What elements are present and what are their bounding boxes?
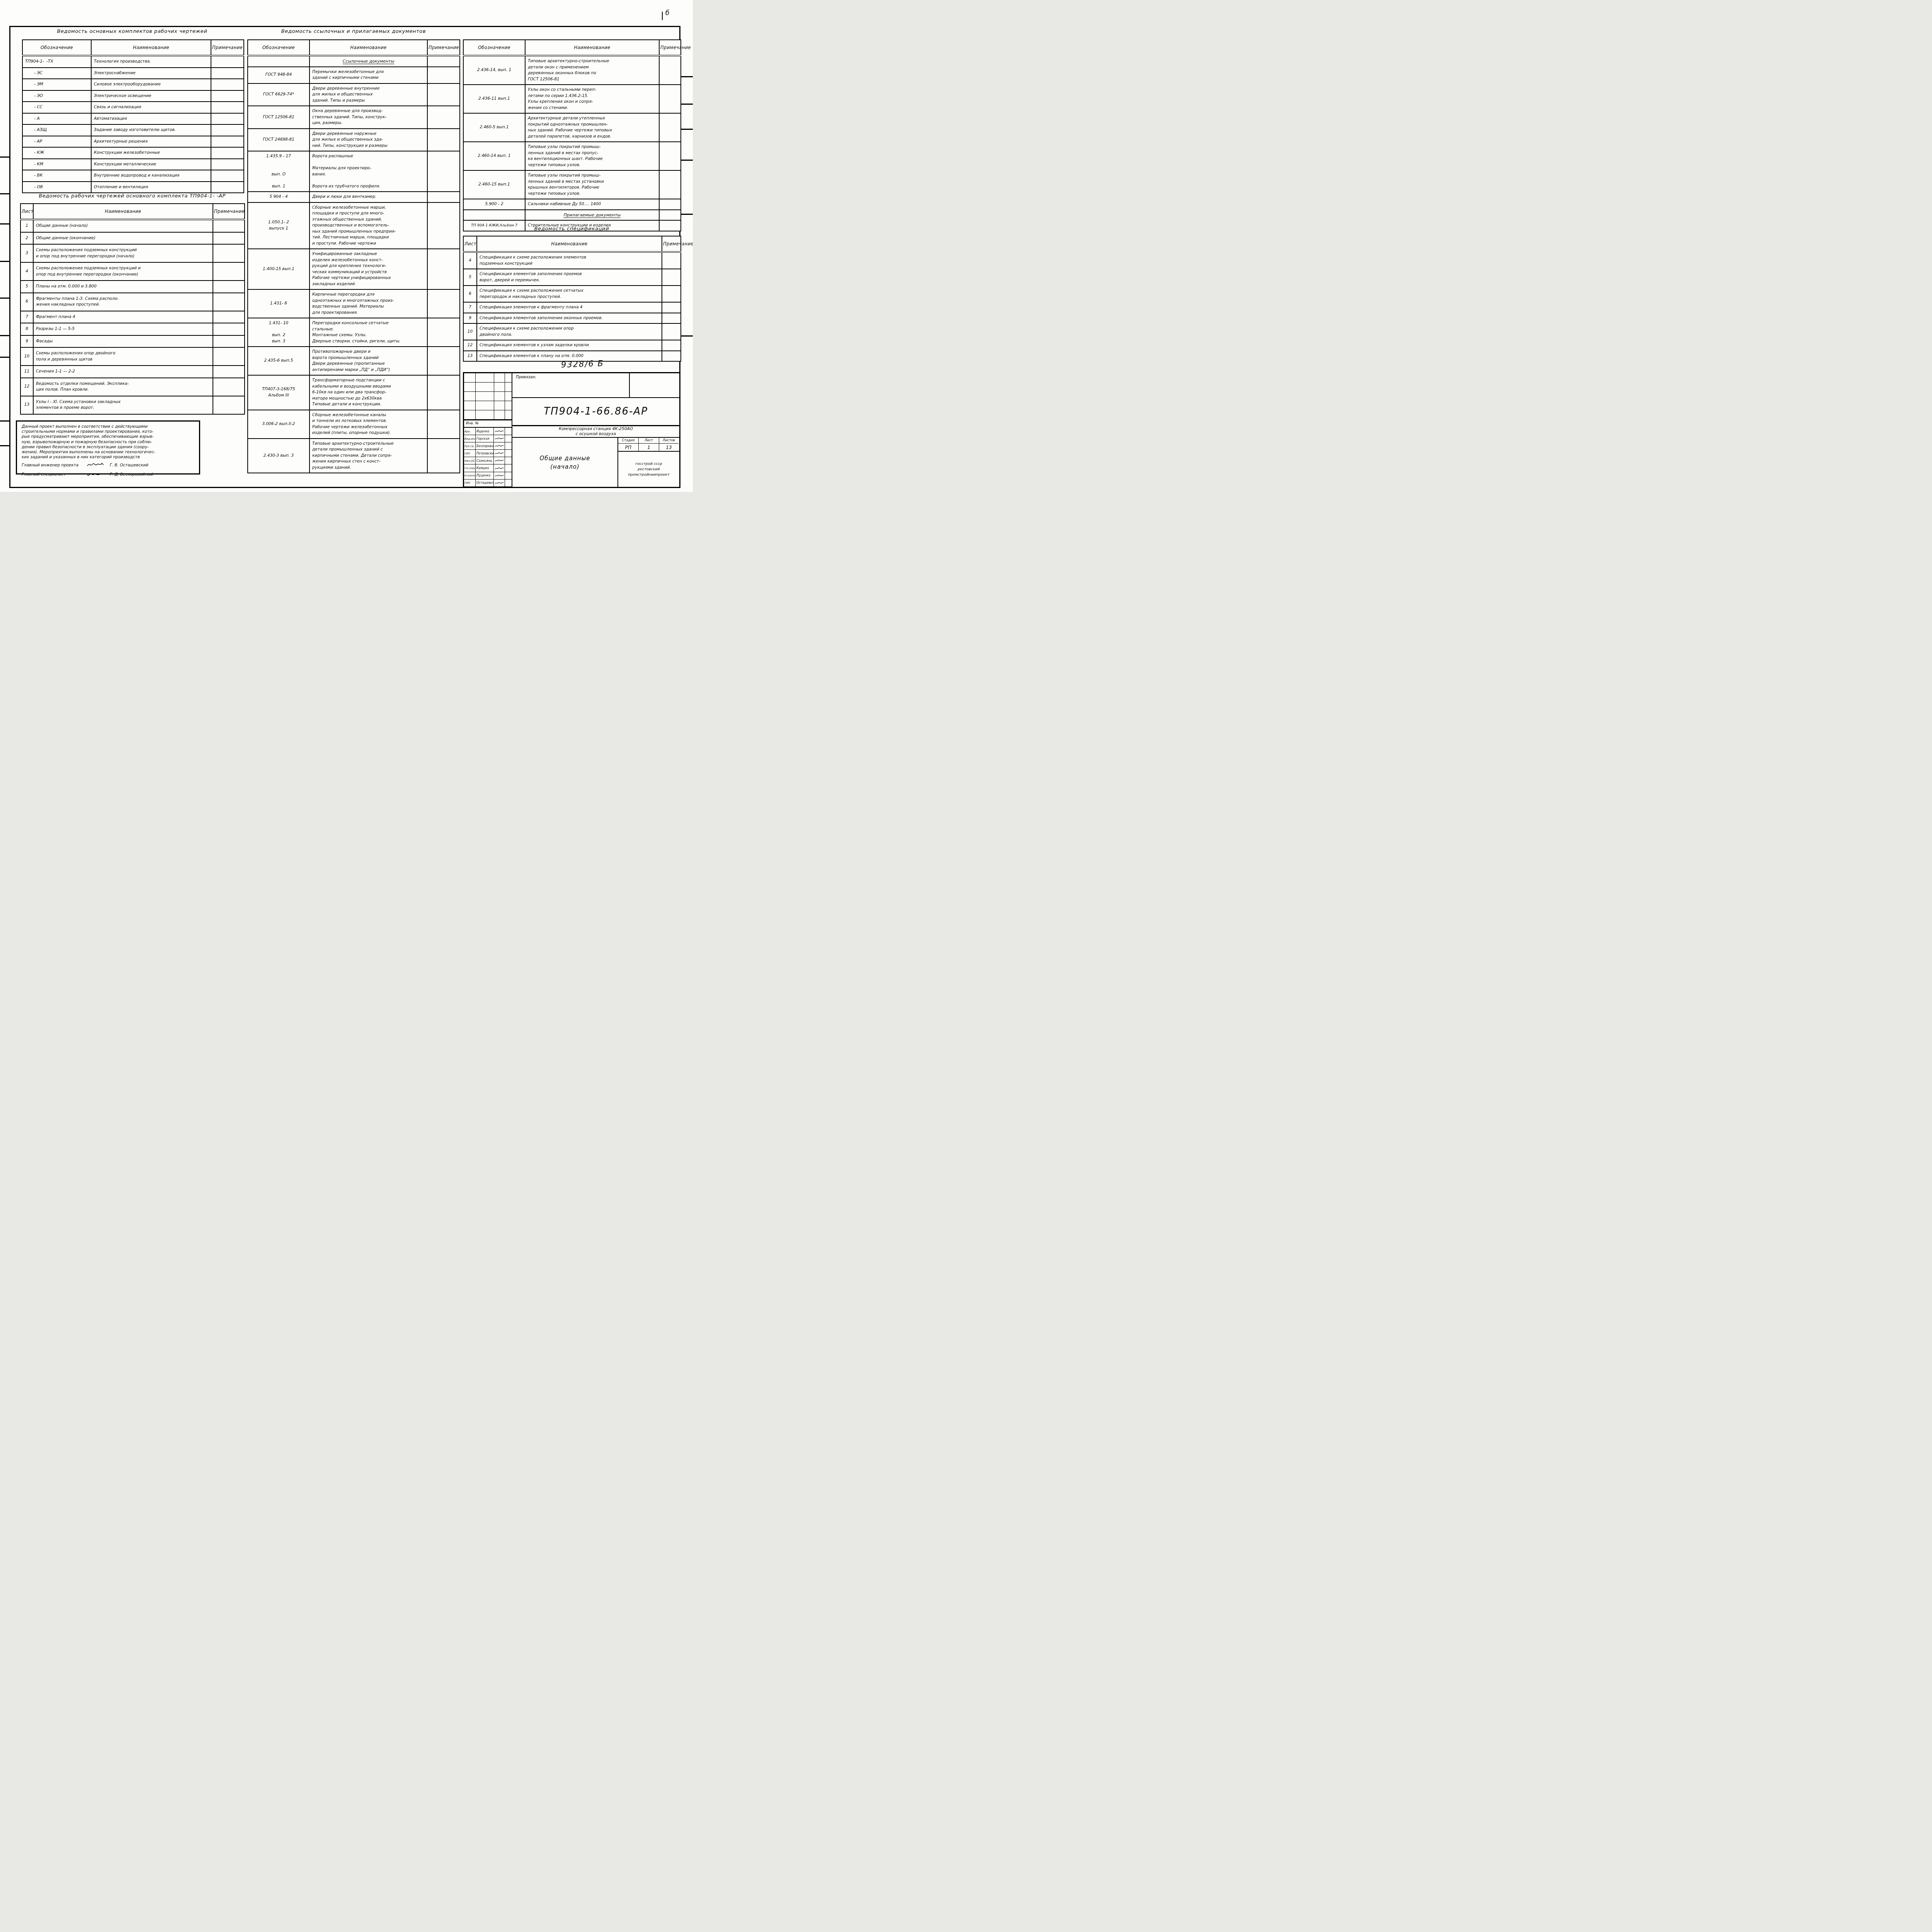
note-cell [211, 170, 244, 182]
sheets-value: 13 [659, 444, 679, 451]
date-cell [505, 450, 512, 457]
note-cell [659, 170, 681, 199]
note-cell [659, 142, 681, 170]
note-cell [427, 129, 460, 151]
edge-tick [0, 420, 9, 422]
sheet-number-cell: 10 [463, 323, 477, 340]
staff-name: Луценко [476, 472, 494, 479]
note-cell [427, 289, 460, 318]
stage-table: Стадия Лист Листов РП 1 13 [617, 438, 679, 452]
table-row: ГОСТ 6629-74* Двери деревянные внутренни… [248, 83, 460, 106]
staff-row: Вед.инж. Горская [464, 435, 512, 442]
staff-role: ГАП [464, 450, 476, 457]
referenced-docs-section: Ссылочные документы [248, 56, 460, 67]
date-cell [505, 457, 512, 464]
name-cell: Общие данные (начало) [33, 219, 213, 232]
note-cell [211, 182, 244, 193]
name-cell: Фрагмент плана 4 [33, 311, 213, 323]
designation-cell: 2.436-11 вып.1 [463, 85, 525, 113]
table-row: 10 Схемы расположения опор двойного пола… [20, 347, 245, 366]
col-header-sheet: Лист [20, 204, 33, 219]
sheet-title: Общие данные (начало) [512, 438, 617, 487]
designation-cell: - ЭС [22, 68, 91, 79]
name-cell: Сборные железобетонные марши, площадки и… [310, 202, 427, 249]
col-header-name: Наименование [33, 204, 213, 219]
grid-cell [494, 383, 505, 392]
name-cell: Технология производства. [91, 56, 211, 68]
designation-cell: ТП407-3-168/75 Альбом III [248, 375, 310, 410]
name-cell: Перемычки железобетонные для зданий с ки… [310, 67, 427, 83]
referenced-docs-table: Обозначение Наименование Примечание Ссыл… [247, 39, 460, 473]
table-row: 11 Сечения 1-1 — 2-2 [20, 366, 245, 378]
table-row: 10 Спецификация к схеме расположения опо… [463, 323, 681, 340]
table-row: 2 Общие данные (окончание) [20, 232, 245, 245]
main-sets-title: Ведомость основных комплектов рабочих че… [20, 29, 244, 34]
working-drawings-body: 1 Общие данные (начало) 2 Общие данные (… [20, 219, 245, 414]
note-cell [211, 147, 244, 159]
name-cell: Противопожарные двери и ворота промышлен… [310, 347, 427, 375]
inventory-label: Инв. № [466, 422, 479, 425]
name-cell: Фасады [33, 335, 213, 348]
name-cell: Унифицированные закладные изделия железо… [310, 249, 427, 289]
signature-icon [494, 435, 505, 442]
stage-value: РП [618, 444, 639, 451]
title-block: Инв. № Арх. Ищенко Вед.инж. Горская [463, 372, 680, 488]
note-cell [213, 281, 245, 293]
note-cell [427, 56, 460, 67]
referenced-docs-body: ГОСТ 948-84 Перемычки железобетонные для… [248, 67, 460, 473]
col-header-note: Примечание [213, 204, 245, 219]
name-cell: Электроснабжение [91, 68, 211, 79]
name-cell: Отопление и вентиляция [91, 182, 211, 193]
staff-name: Кияшко [476, 464, 494, 471]
staff-name: Горская [476, 435, 494, 442]
sheet-number-cell: 4 [20, 262, 33, 281]
sheet-number-cell: 13 [20, 396, 33, 414]
sheet-number-cell: 7 [463, 302, 477, 313]
staff-grid: Арх. Ищенко Вед.инж. Горская Рук.гр. Бес… [464, 428, 512, 487]
table-row: 12 Ведомость отделки помещений. Эксплика… [20, 378, 245, 396]
sheet-number-cell: 11 [20, 366, 33, 378]
note-cell [427, 249, 460, 289]
sheet-number-cell: 2 [20, 232, 33, 245]
col-header-note: Примечание [427, 40, 460, 56]
note-cell [427, 439, 460, 473]
designation-cell: - КЖ [22, 147, 91, 159]
table-row: - КМ Конструкции металлические [22, 159, 244, 170]
corner-tick [662, 12, 663, 20]
staff-role: Вед.инж. [464, 435, 476, 442]
note-cell [662, 351, 681, 362]
binding-note: Привязан. [516, 375, 536, 379]
name-cell: Окна деревянные для производ- ственных з… [310, 106, 427, 129]
note-cell [211, 102, 244, 113]
designation-cell: 1.435.9 - 17 вып. О вып. 1 [248, 151, 310, 192]
grid-cell [494, 392, 505, 401]
name-cell: Фрагменты плана 1-3. Схема располо- жени… [33, 293, 213, 311]
grid-cell [505, 401, 512, 410]
note-cell [427, 67, 460, 83]
signature-icon [494, 480, 505, 486]
signoff-name: Г. Д. Бескоровайный [110, 472, 153, 477]
note-cell [659, 56, 681, 85]
note-cell [211, 113, 244, 125]
date-cell [505, 472, 512, 479]
col-header-designation: Обозначение [22, 40, 91, 56]
table-row: 2.436-11 вып.1 Узлы окон со стальными пе… [463, 85, 681, 113]
name-cell: Типовые узлы покрытий промыш- ленных зда… [525, 142, 659, 170]
signature-icon [87, 461, 104, 469]
col-header-name: Наименование [91, 40, 211, 56]
grid-cell [464, 373, 476, 383]
grid-cell [464, 401, 476, 410]
grid-cell [494, 410, 505, 420]
edge-tick [0, 223, 9, 224]
grid-cell [505, 392, 512, 401]
note-cell [211, 68, 244, 79]
table-row: - АР Архитектурные решения [22, 136, 244, 148]
typical-details-table: Обозначение Наименование Примечание 2.43… [463, 39, 681, 231]
grid-cell [476, 373, 494, 383]
note-cell [662, 313, 681, 324]
designation-cell: 5 904 - 4 [248, 192, 310, 202]
table-row: 1 Общие данные (начало) [20, 219, 245, 232]
note-cell [427, 151, 460, 192]
designation-cell: 5.900 - 2 [463, 199, 525, 210]
grid-cell [476, 401, 494, 410]
designation-cell [463, 210, 525, 221]
table-row: - АЗЩ Задание заводу изготовителю щитов. [22, 124, 244, 136]
name-cell: Конструкции железобетонные [91, 147, 211, 159]
table-row: - ЭО Электрическое освещение [22, 90, 244, 102]
note-cell [211, 159, 244, 170]
name-cell: Электрическое освещение [91, 90, 211, 102]
note-cell [213, 293, 245, 311]
note-cell [213, 219, 245, 232]
table-row: ТП904-1- -ТХ Технология производства. [22, 56, 244, 68]
table-row: 1.431- 10 вып. 2 вып. 3 Перегородки конс… [248, 318, 460, 347]
revision-grid [464, 373, 512, 420]
grid-cell [494, 401, 505, 410]
name-cell: Связь и сигнализация [91, 102, 211, 113]
sheet-number-cell: 5 [20, 281, 33, 293]
staff-name: Бескоровайный [476, 442, 494, 449]
staff-row: ГИП Осташевский [464, 480, 512, 487]
date-cell [505, 435, 512, 442]
staff-row: Рук.гр. Бескоровайный [464, 442, 512, 450]
staff-row: Арх. Ищенко [464, 428, 512, 435]
signature-icon [494, 464, 505, 471]
note-cell [662, 340, 681, 351]
designation-cell: - ОВ [22, 182, 91, 193]
designation-cell: - ЭМ [22, 79, 91, 90]
working-drawings-table: Лист Наименование Примечание 1 Общие дан… [20, 203, 245, 415]
name-cell: Силовое электрооборудование [91, 79, 211, 90]
note-cell [662, 323, 681, 340]
designation-cell: 1.050.1- 2 выпуск 1 [248, 202, 310, 249]
staff-name: Осташевский [476, 480, 494, 486]
section-row: Прилагаемые документы [463, 210, 681, 221]
header-row: Обозначение Наименование Примечание [463, 40, 681, 56]
name-cell: Узлы I - XI. Схема установки закладных э… [33, 396, 213, 414]
name-cell: Двери деревянные внутренние для жилых и … [310, 83, 427, 106]
typical-details-body: 2.436-14, вып. 1 Типовые архитектурно-ст… [463, 56, 681, 210]
table-row: 1.435.9 - 17 вып. О вып. 1 Ворота распаш… [248, 151, 460, 192]
name-cell: Трансформаторные подстанции с кабельными… [310, 375, 427, 410]
main-sets-table: Обозначение Наименование Примечание ТП90… [22, 39, 244, 193]
signature-icon [494, 450, 505, 457]
sheet-number-cell: 6 [20, 293, 33, 311]
col-header-designation: Обозначение [463, 40, 525, 56]
note-cell [211, 124, 244, 136]
edge-tick [681, 76, 693, 77]
staff-role: Нач.ОСП-1 [464, 457, 476, 464]
project-note: Данный проект выполнен в соответствии с … [16, 420, 200, 474]
table-row: 5 904 - 4 Двери и люки для венткамер. [248, 192, 460, 202]
binding-note-cell: Привязан. [512, 373, 629, 398]
note-cell [659, 199, 681, 210]
grid-cell [464, 383, 476, 392]
spec-list-body: 4 Спецификация к схеме расположения элем… [463, 252, 681, 361]
name-cell: Спецификация элементов заполнения оконны… [477, 313, 662, 324]
designation-cell [248, 56, 310, 67]
note-cell [213, 378, 245, 396]
designation-cell: 1.431- 10 вып. 2 вып. 3 [248, 318, 310, 347]
table-row: 2.460-15 вып.1 Типовые узлы покрытий про… [463, 170, 681, 199]
designation-cell: ТП904-1- -ТХ [22, 56, 91, 68]
table-row: 1.400-15 вып.1 Унифицированные закладные… [248, 249, 460, 289]
note-cell [213, 323, 245, 335]
signature-icon [494, 442, 505, 449]
designation-cell: 1.400-15 вып.1 [248, 249, 310, 289]
name-cell: Ворота распашные Материалы для проектиро… [310, 151, 427, 192]
edge-tick [681, 335, 693, 337]
designation-cell: 2.435-6 вып.5 [248, 347, 310, 375]
name-cell: Спецификация к схеме расположения опор д… [477, 323, 662, 340]
table-row: 7 Фрагмент плана 4 [20, 311, 245, 323]
name-cell: Схемы расположения опор двойного пола и … [33, 347, 213, 366]
table-row: 5.900 - 2 Сальники набивные Ду 50.... 14… [463, 199, 681, 210]
date-cell [505, 442, 512, 449]
table-row: 12 Спецификация элементов к узлам заделк… [463, 340, 681, 351]
page-corner-mark: б [665, 9, 669, 17]
signature-icon [87, 471, 104, 479]
designation-cell: - КМ [22, 159, 91, 170]
edge-tick [681, 160, 693, 161]
signature-icon [494, 472, 505, 479]
empty-cell [629, 373, 679, 398]
archive-number: 9328/6 Б [561, 359, 604, 369]
table-row: ТП407-3-168/75 Альбом III Трансформаторн… [248, 375, 460, 410]
name-cell: Спецификация элементов к фрагменту плана… [477, 302, 662, 313]
table-row: - ОВ Отопление и вентиляция [22, 182, 244, 193]
table-row: 1.050.1- 2 выпуск 1 Сборные железобетонн… [248, 202, 460, 249]
staff-name: Саакьянц [476, 457, 494, 464]
col-header-note: Примечание [211, 40, 244, 56]
note-cell [213, 311, 245, 323]
edge-tick [681, 104, 693, 105]
note-cell [427, 202, 460, 249]
note-cell [211, 79, 244, 90]
col-header-note: Примечание [659, 40, 681, 56]
table-row: - А Автоматизация [22, 113, 244, 125]
signoff-row: Главный специалист Г. Д. Бескоровайный [22, 471, 195, 479]
name-cell: Сальники набивные Ду 50.... 1400 [525, 199, 659, 210]
grid-cell [476, 392, 494, 401]
spec-list-table: Лист Наименование Примечание 4 Специфика… [463, 236, 681, 362]
designation-cell: 2.430-3 вып. 3 [248, 439, 310, 473]
note-cell [662, 252, 681, 269]
note-cell [213, 347, 245, 366]
edge-tick [0, 335, 9, 336]
name-cell: Двери деревянные наружные для жилых и об… [310, 129, 427, 151]
name-cell: Узлы окон со стальными переп- летами по … [525, 85, 659, 113]
staff-role: Рук.гр. [464, 442, 476, 449]
edge-tick [0, 261, 9, 262]
note-cell [213, 244, 245, 262]
note-cell [662, 302, 681, 313]
note-cell [659, 113, 681, 142]
grid-cell [494, 373, 505, 383]
designation-cell: 3.006-2 вып.II-2 [248, 410, 310, 439]
table-row: - КЖ Конструкции железобетонные [22, 147, 244, 159]
name-cell: Типовые архитектурно-строительные детали… [525, 56, 659, 85]
section-row: Ссылочные документы [248, 56, 460, 67]
table-row: 5 Планы на отм. 0.000 и 3.800 [20, 281, 245, 293]
name-cell: Перегородки консольные сетчатые стальные… [310, 318, 427, 347]
staff-row: ГАП Петровский [464, 450, 512, 457]
section-title: Прилагаемые документы [525, 210, 659, 221]
edge-tick [0, 298, 9, 299]
sheet-number-cell: 12 [20, 378, 33, 396]
col-header-designation: Обозначение [248, 40, 310, 56]
designation-cell: - А [22, 113, 91, 125]
stage-header: Стадия [618, 438, 639, 444]
staff-role: Н.контр. [464, 472, 476, 479]
grid-cell [464, 392, 476, 401]
sheet-value: 1 [639, 444, 659, 451]
inventory-row: Инв. № [464, 420, 512, 428]
section-title: Ссылочные документы [310, 56, 427, 67]
edge-tick [681, 214, 693, 215]
note-cell [427, 192, 460, 202]
name-cell: Конструкции металлические [91, 159, 211, 170]
name-cell: Внутренние водопровод и канализация [91, 170, 211, 182]
sheet-number-cell: 5 [463, 269, 477, 286]
table-row: 13 Узлы I - XI. Схема установки закладны… [20, 396, 245, 414]
staff-name: Ищенко [476, 428, 494, 435]
referenced-docs-title: Ведомость ссылочных и прилагаемых докуме… [247, 29, 460, 34]
designation-cell: - АР [22, 136, 91, 148]
grid-cell [505, 410, 512, 420]
signature-icon [494, 457, 505, 464]
note-cell [213, 396, 245, 414]
sheet-number-cell: 10 [20, 347, 33, 366]
project-title: Компрессорная станция 4К-250АО с осушкой… [512, 426, 679, 438]
note-cell [659, 85, 681, 113]
designation-cell: - СС [22, 102, 91, 113]
staff-name: Петровский [476, 450, 494, 457]
note-cell [213, 335, 245, 348]
date-cell [505, 428, 512, 435]
name-cell: Ведомость отделки помещений. Эксплика- ц… [33, 378, 213, 396]
sheet-number-cell: 12 [463, 340, 477, 351]
table-row: - СС Связь и сигнализация [22, 102, 244, 113]
sheet-number-cell: 9 [20, 335, 33, 348]
note-cell [213, 366, 245, 378]
name-cell: Автоматизация [91, 113, 211, 125]
designation-cell: ГОСТ 948-84 [248, 67, 310, 83]
grid-cell [464, 410, 476, 420]
col-header-name: Наименование [477, 236, 662, 252]
note-cell [427, 410, 460, 439]
sheet-header: Лист [639, 438, 659, 444]
note-cell [211, 136, 244, 148]
note-cell [427, 375, 460, 410]
name-cell: Спецификация к схеме расположения элемен… [477, 252, 662, 269]
table-row: 2.435-6 вып.5 Противопожарные двери и во… [248, 347, 460, 375]
table-row: 3 Схемы расположения подземных конструкц… [20, 244, 245, 262]
designation-cell: 2.460-14 вып. 1 [463, 142, 525, 170]
col-header-name: Наименование [310, 40, 427, 56]
designation-cell: ГОСТ 24698-81 [248, 129, 310, 151]
sheet-number-cell: 7 [20, 311, 33, 323]
date-cell [505, 464, 512, 471]
table-row: 2.460-14 вып. 1 Типовые узлы покрытий пр… [463, 142, 681, 170]
name-cell: Сечения 1-1 — 2-2 [33, 366, 213, 378]
signoff-name: Г. В. Осташевский [110, 463, 148, 468]
name-cell: Спецификация элементов заполнения проемо… [477, 269, 662, 286]
name-cell: Кирпичные перегородки для одноэтажных и … [310, 289, 427, 318]
note-cell [427, 318, 460, 347]
designation-cell: ГОСТ 6629-74* [248, 83, 310, 106]
designation-cell: 2.460-5 вып.1 [463, 113, 525, 142]
name-cell: Планы на отм. 0.000 и 3.800 [33, 281, 213, 293]
name-cell: Типовые узлы покрытий промыш- ленных зда… [525, 170, 659, 199]
table-row: 4 Схемы расположения подземных конструкц… [20, 262, 245, 281]
staff-role: ГИП [464, 480, 476, 486]
table-row: 2.430-3 вып. 3 Типовые архитектурно-стро… [248, 439, 460, 473]
edge-tick [0, 445, 9, 446]
name-cell: Архитектурные детали утепленных покрытий… [525, 113, 659, 142]
col-header-note: Примечание [662, 236, 681, 252]
note-cell [427, 106, 460, 129]
table-row: 7 Спецификация элементов к фрагменту пла… [463, 302, 681, 313]
name-cell: Двери и люки для венткамер. [310, 192, 427, 202]
name-cell: Спецификация элементов к узлам заделки к… [477, 340, 662, 351]
sheet-number-cell: 8 [20, 323, 33, 335]
designation-cell: - АЗЩ [22, 124, 91, 136]
sheet-number-cell: 3 [20, 244, 33, 262]
grid-cell [476, 383, 494, 392]
grid-cell [505, 373, 512, 383]
sheet-number-cell: 9 [463, 313, 477, 324]
sheet-number-cell: 1 [20, 219, 33, 232]
name-cell: Задание заводу изготовителю щитов. [91, 124, 211, 136]
note-cell [662, 269, 681, 286]
document-number: ТП904-1-66.86-АР [512, 398, 679, 426]
designation-cell: 2.460-15 вып.1 [463, 170, 525, 199]
header-row: Обозначение Наименование Примечание [22, 40, 244, 56]
grid-cell [476, 410, 494, 420]
table-row: 3.006-2 вып.II-2 Сборные железобетонные … [248, 410, 460, 439]
designation-cell: ГОСТ 12506-81 [248, 106, 310, 129]
signoff-row: Главный инженер проекта Г. В. Осташевски… [22, 461, 195, 469]
name-cell: Общие данные (окончание) [33, 232, 213, 245]
main-sets-body: ТП904-1- -ТХ Технология производства. - … [22, 56, 244, 193]
designation-cell: 1.431- 6 [248, 289, 310, 318]
sheet-number-cell: 4 [463, 252, 477, 269]
